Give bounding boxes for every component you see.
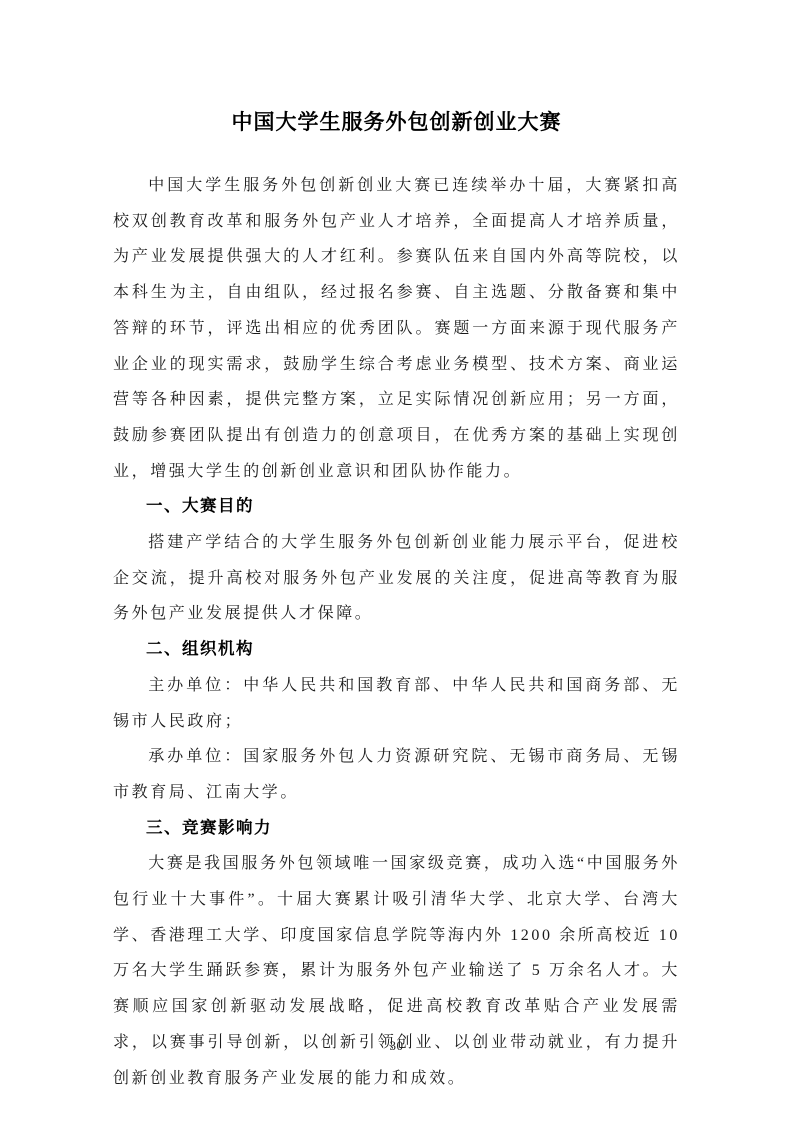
intro-paragraph: 中国大学生服务外包创新创业大赛已连续举办十届，大赛紧扣高校双创教育改革和服务外包…: [113, 168, 680, 489]
section-3-heading: 三、竞赛影响力: [113, 811, 680, 847]
section-1-heading: 一、大赛目的: [113, 489, 680, 525]
organizers-paragraph: 承办单位：国家服务外包人力资源研究院、无锡市商务局、无锡市教育局、江南大学。: [113, 739, 680, 810]
page-number: 30: [0, 1038, 793, 1054]
section-2-heading: 二、组织机构: [113, 632, 680, 668]
section-1-paragraph: 搭建产学结合的大学生服务外包创新创业能力展示平台，促进校企交流，提升高校对服务外…: [113, 525, 680, 632]
impact-paragraph: 大赛是我国服务外包领域唯一国家级竞赛，成功入选“中国服务外包行业十大事件”。十届…: [113, 846, 680, 1096]
document-page: 中国大学生服务外包创新创业大赛 中国大学生服务外包创新创业大赛已连续举办十届，大…: [0, 0, 793, 1122]
document-content: 中国大学生服务外包创新创业大赛 中国大学生服务外包创新创业大赛已连续举办十届，大…: [113, 108, 680, 1096]
page-title: 中国大学生服务外包创新创业大赛: [113, 108, 680, 138]
hosts-paragraph: 主办单位：中华人民共和国教育部、中华人民共和国商务部、无锡市人民政府；: [113, 668, 680, 739]
